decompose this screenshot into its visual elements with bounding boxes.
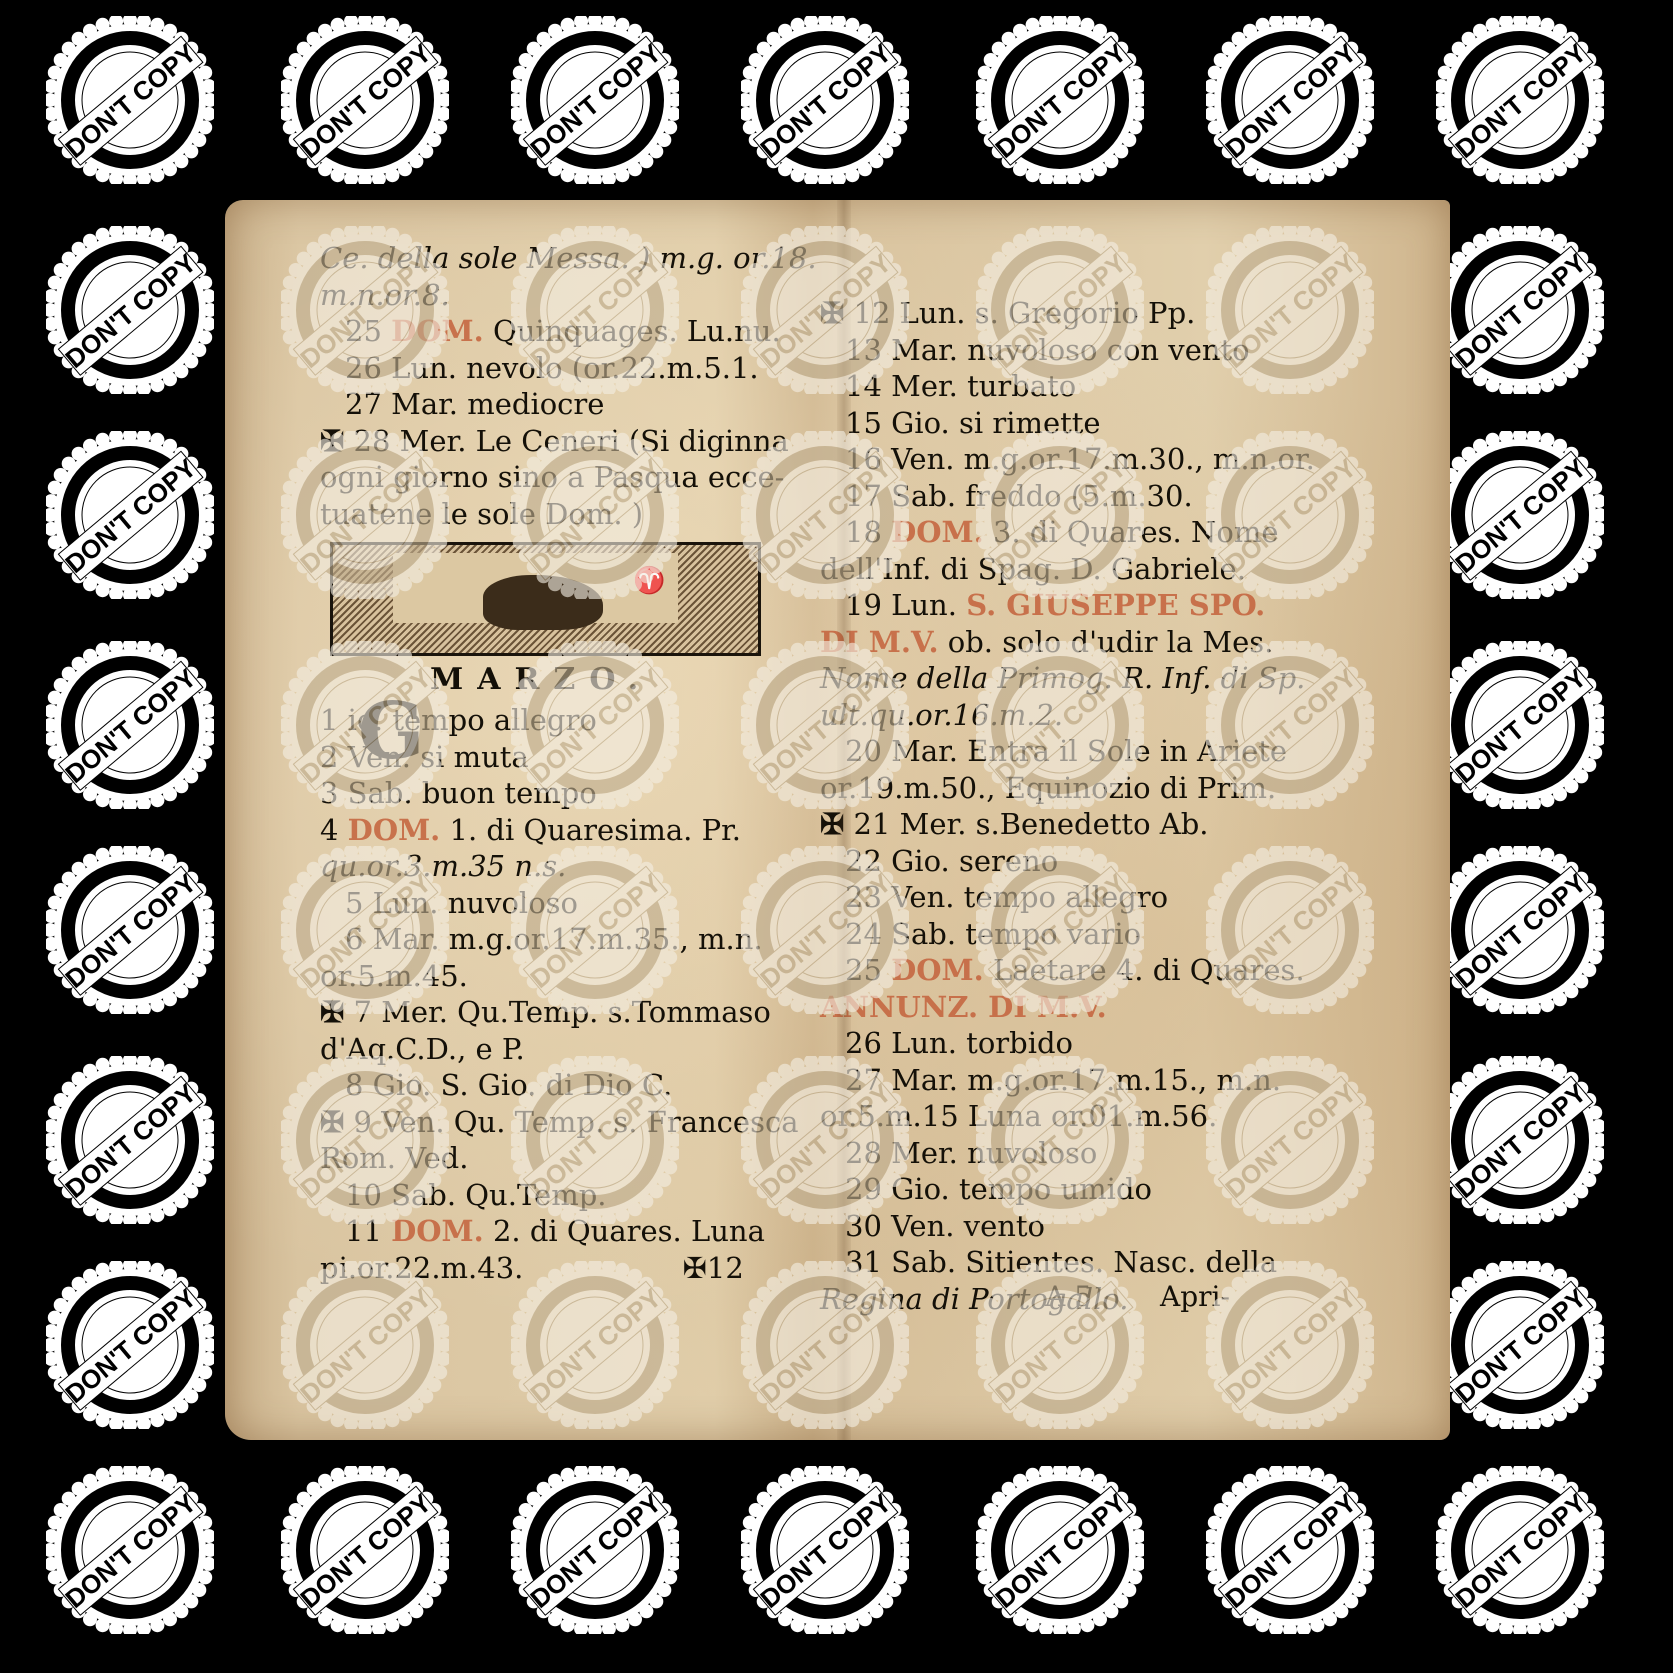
day-number: 23 (845, 880, 882, 914)
dont-copy-stamp-icon: DON'T COPY (46, 16, 214, 184)
entry-text: m.n.or.8. (320, 278, 450, 312)
calendar-line: or.19.m.50., Equinozio di Prim. (820, 770, 1350, 807)
dont-copy-stamp-icon: DON'T COPY (976, 1466, 1144, 1634)
maltese-cross-icon: ✠ (320, 995, 344, 1029)
calendar-line: 24 Sab. tempo vario (820, 916, 1350, 953)
entry-text: Gio. sereno (891, 844, 1058, 878)
calendar-line: ✠ 28 Mer. Le Ceneri (Si diginna (320, 423, 800, 460)
calendar-line: m.n.or.8. (320, 277, 800, 314)
day-number: 20 (845, 734, 882, 768)
maltese-cross-icon: ✠ (320, 1105, 344, 1139)
watermark-stamp: DON'T COPY (1436, 16, 1604, 184)
almanac-spread: Ce. della sole Messa. ) m.g. or.18. m.n.… (225, 200, 1450, 1440)
calendar-line: Nome della Primog. R. Inf. di Sp. (820, 660, 1350, 697)
entry-text: Mar. Entra il Sole in Ariete (891, 734, 1287, 768)
watermark-stamp: DON'T COPY (976, 1466, 1144, 1634)
watermark-stamp: DON'T COPY (1436, 431, 1604, 599)
day-number: 25 (845, 953, 882, 987)
maltese-cross-icon: ✠ (820, 807, 844, 841)
day-number: 2 (320, 740, 338, 774)
entry-text: dell'Inf. di Spag. D. Gabriele. (820, 552, 1246, 586)
dont-copy-stamp-icon: DON'T COPY (46, 1056, 214, 1224)
dont-copy-stamp-icon: DON'T COPY (511, 16, 679, 184)
day-number: 8 (345, 1068, 363, 1102)
watermark-stamp: DON'T COPY (1206, 16, 1374, 184)
dont-copy-stamp-icon: DON'T COPY (46, 431, 214, 599)
entry-text: or.5.m.45. (320, 959, 468, 993)
maltese-cross-icon: ✠ (820, 296, 844, 330)
day-number: 17 (845, 479, 882, 513)
day-number: 22 (845, 844, 882, 878)
calendar-line: tuatene le sole Dom. ) (320, 496, 800, 533)
dont-copy-stamp-icon: DON'T COPY (741, 1466, 909, 1634)
watermark-stamp: DON'T COPY (976, 16, 1144, 184)
day-number: 31 (845, 1245, 882, 1279)
day-number: 11 (345, 1214, 382, 1248)
drop-cap-initial: G (358, 702, 425, 762)
entry-text: Ven. m.g.or.17.m.30., m.n.or. (891, 442, 1315, 476)
dont-copy-stamp-icon: DON'T COPY (1436, 226, 1604, 394)
watermark-stamp: DON'T COPY (1436, 1261, 1604, 1429)
entry-text: Gio. S. Gio. di Dio C. (373, 1068, 673, 1102)
day-number: 6 (345, 922, 363, 956)
day-number: 9 (354, 1105, 372, 1139)
entry-text: Sab. tempo vario (891, 917, 1141, 951)
watermark-stamp: DON'T COPY (511, 1466, 679, 1634)
day-number: 12 (854, 296, 891, 330)
maltese-cross-icon: ✠ (320, 424, 344, 458)
entry-text: Sab. buon tempo (348, 776, 597, 810)
rubric-text: DI M.V. (820, 625, 939, 659)
entry-text: Mar. m.g.or.17.m.15., m.n. (891, 1063, 1281, 1097)
day-number: 27 (345, 387, 382, 421)
signature-mark: A 5 (1045, 1280, 1092, 1313)
entry-text: Lun. nevolo (or.22.m.5.1. (391, 351, 759, 385)
calendar-line: ✠ 7 Mer. Qu.Temp. s.Tommaso (320, 994, 800, 1031)
entry-text: Mer. Le Ceneri (Si diginna (400, 424, 789, 458)
watermark-stamp: DON'T COPY (46, 16, 214, 184)
entry-text: Lun. torbido (891, 1026, 1073, 1060)
watermark-stamp: DON'T COPY (1436, 641, 1604, 809)
entry-text: Sab. Sitientes. Nasc. della (891, 1245, 1277, 1279)
calendar-line: qu.or.3.m.35 n.s. (320, 848, 800, 885)
entry-text: Sab. freddo (5.m.30. (891, 479, 1193, 513)
calendar-line: 25 DOM. Quinquages. Lu.nu. (320, 313, 800, 350)
entry-text: Rom. Ved. (320, 1141, 468, 1175)
calendar-line: 22 Gio. sereno (820, 843, 1350, 880)
day-number: 26 (345, 351, 382, 385)
calendar-line: 6 Mar. m.g.or.17.m.35., m.n. (320, 921, 800, 958)
dont-copy-stamp-icon: DON'T COPY (46, 226, 214, 394)
day-number: 18 (845, 515, 882, 549)
dont-copy-stamp-icon: DON'T COPY (1436, 641, 1604, 809)
watermark-stamp: DON'T COPY (46, 1056, 214, 1224)
day-number: 30 (845, 1209, 882, 1243)
day-number: 10 (345, 1178, 382, 1212)
calendar-line: 26 Lun. torbido (820, 1025, 1350, 1062)
dont-copy-stamp-icon: DON'T COPY (46, 641, 214, 809)
entry-text: Nome della Primog. R. Inf. di Sp. (820, 661, 1305, 695)
day-number: 27 (845, 1063, 882, 1097)
day-number: 1 (320, 703, 338, 737)
day-number: 19 (845, 588, 882, 622)
rubric-text: DOM. (348, 813, 441, 847)
watermark-stamp: DON'T COPY (741, 1466, 909, 1634)
day-number: 4 (320, 813, 338, 847)
entry-text: Ven. tempo allegro (891, 880, 1168, 914)
entry-text: Lun. s. Gregorio Pp. (900, 296, 1196, 330)
calendar-line: or.5.m.15 Luna or.01.m.56. (820, 1098, 1350, 1135)
calendar-line: ult.qu.or.16.m.2. (820, 697, 1350, 734)
calendar-line: 27 Mar. mediocre (320, 386, 800, 423)
calendar-line: 13 Mar. nuvoloso con vento (820, 332, 1350, 369)
calendar-line: 27 Mar. m.g.or.17.m.15., m.n. (820, 1062, 1350, 1099)
entry-text: ob. solo d'udir la Mes. (948, 625, 1274, 659)
rubric-text: DOM. (891, 515, 984, 549)
dont-copy-stamp-icon: DON'T COPY (511, 1466, 679, 1634)
dont-copy-stamp-icon: DON'T COPY (46, 1261, 214, 1429)
dont-copy-stamp-icon: DON'T COPY (976, 16, 1144, 184)
dont-copy-stamp-icon: DON'T COPY (1436, 16, 1604, 184)
day-number: 29 (845, 1172, 882, 1206)
entry-text: qu.or.3.m.35 n.s. (320, 849, 566, 883)
dont-copy-stamp-icon: DON'T COPY (1206, 1466, 1374, 1634)
calendar-line: or.5.m.45. (320, 958, 800, 995)
entry-text: Mar. nuvoloso con vento (891, 333, 1250, 367)
calendar-line: 18 DOM. 3. di Quares. Nome (820, 514, 1350, 551)
day-number: 5 (345, 886, 363, 920)
dont-copy-stamp-icon: DON'T COPY (1206, 16, 1374, 184)
calendar-line: 29 Gio. tempo umido (820, 1171, 1350, 1208)
dont-copy-stamp-icon: DON'T COPY (1436, 846, 1604, 1014)
calendar-line: Rom. Ved. (320, 1140, 800, 1177)
calendar-line: 20 Mar. Entra il Sole in Ariete (820, 733, 1350, 770)
entry-text: or.19.m.50., Equinozio di Prim. (820, 771, 1276, 805)
entry-text: Lun. nuvoloso (373, 886, 578, 920)
calendar-line: ✠ 9 Ven. Qu. Temp. s. Francesca (320, 1104, 800, 1141)
day-number: 14 (845, 369, 882, 403)
rubric-text: S. GIUSEPPE SPO. (966, 588, 1265, 622)
day-number: 15 (845, 406, 882, 440)
calendar-line: ANNUNZ. DI M.V. (820, 989, 1350, 1026)
rubric-text: DOM. (391, 1214, 484, 1248)
calendar-line: 14 Mer. turbato (820, 368, 1350, 405)
calendar-line: 16 Ven. m.g.or.17.m.30., m.n.or. (820, 441, 1350, 478)
entry-text: Mar. mediocre (391, 387, 604, 421)
entry-text: Lun. (891, 588, 957, 622)
day-number: 28 (845, 1136, 882, 1170)
calendar-line: 25 DOM. Laetare 4. di Quares. (820, 952, 1350, 989)
watermark-stamp: DON'T COPY (1436, 226, 1604, 394)
watermark-stamp: DON'T COPY (46, 1466, 214, 1634)
calendar-line: 28 Mer. nuvoloso (820, 1135, 1350, 1172)
catchword: Apri- (1160, 1280, 1230, 1313)
calendar-line: 15 Gio. si rimette (820, 405, 1350, 442)
entry-text: pi.or.22.m.43. (320, 1251, 523, 1285)
watermark-stamp: DON'T COPY (511, 16, 679, 184)
entry-text: d'Aq.C.D., e P. (320, 1032, 525, 1066)
watermark-stamp: DON'T COPY (1436, 846, 1604, 1014)
calendar-line: 31 Sab. Sitientes. Nasc. della (820, 1244, 1350, 1281)
calendar-line: dell'Inf. di Spag. D. Gabriele. (820, 551, 1350, 588)
entry-text: 2. di Quares. Luna (493, 1214, 765, 1248)
aries-woodcut-illustration: ♈ (330, 542, 761, 656)
day-number: 16 (845, 442, 882, 476)
calendar-line: 30 Ven. vento (820, 1208, 1350, 1245)
entry-text: Mer. s.Benedetto Ab. (900, 807, 1209, 841)
entry-text: Mer. Qu.Temp. s.Tommaso (381, 995, 771, 1029)
calendar-line: Ce. della sole Messa. ) m.g. or.18. (320, 240, 800, 277)
entry-text: Quinquages. Lu.nu. (493, 314, 781, 348)
dont-copy-stamp-icon: DON'T COPY (741, 16, 909, 184)
watermark-stamp: DON'T COPY (46, 226, 214, 394)
entry-text: ult.qu.or.16.m.2. (820, 698, 1063, 732)
left-page: Ce. della sole Messa. ) m.g. or.18. m.n.… (320, 240, 800, 1286)
calendar-line: 11 DOM. 2. di Quares. Luna (320, 1213, 800, 1250)
month-entries: G1 io. tempo allegro 2 Ven. si muta 3 Sa… (320, 702, 800, 1286)
entry-text: 3. di Quares. Nome (993, 515, 1279, 549)
dont-copy-stamp-icon: DON'T COPY (46, 846, 214, 1014)
watermark-stamp: DON'T COPY (1436, 1056, 1604, 1224)
dont-copy-stamp-icon: DON'T COPY (281, 16, 449, 184)
entry-text: tuatene le sole Dom. ) (320, 497, 643, 531)
day-number: 28 (354, 424, 391, 458)
entry-text: ogni giorno sino a Pasqua ecce- (320, 460, 784, 494)
calendar-line: ogni giorno sino a Pasqua ecce- (320, 459, 800, 496)
entry-text: Ven. vento (891, 1209, 1045, 1243)
catchword: ✠12 (683, 1251, 744, 1285)
watermark-stamp: DON'T COPY (46, 431, 214, 599)
calendar-line: 3 Sab. buon tempo (320, 775, 800, 812)
day-number: 7 (354, 995, 372, 1029)
watermark-stamp: DON'T COPY (46, 1261, 214, 1429)
day-number: 13 (845, 333, 882, 367)
watermark-stamp: DON'T COPY (281, 16, 449, 184)
entry-text: Laetare 4. di Quares. (993, 953, 1305, 987)
entry-text: Gio. tempo umido (891, 1172, 1152, 1206)
rubric-text: DOM. (391, 314, 484, 348)
day-number: 3 (320, 776, 338, 810)
calendar-line: 4 DOM. 1. di Quaresima. Pr. (320, 812, 800, 849)
watermark-stamp: DON'T COPY (46, 641, 214, 809)
entry-text: or.5.m.15 Luna or.01.m.56. (820, 1099, 1217, 1133)
calendar-line: 19 Lun. S. GIUSEPPE SPO. (820, 587, 1350, 624)
entry-text: Mar. m.g.or.17.m.35., m.n. (373, 922, 763, 956)
day-number: 21 (854, 807, 891, 841)
calendar-line: DI M.V. ob. solo d'udir la Mes. (820, 624, 1350, 661)
dont-copy-stamp-icon: DON'T COPY (1436, 1261, 1604, 1429)
dont-copy-stamp-icon: DON'T COPY (1436, 1466, 1604, 1634)
entry-text: Ce. della sole Messa. ) m.g. or.18. (320, 241, 817, 275)
watermark-stamp: DON'T COPY (1436, 1466, 1604, 1634)
calendar-line: 8 Gio. S. Gio. di Dio C. (320, 1067, 800, 1104)
calendar-line: 17 Sab. freddo (5.m.30. (820, 478, 1350, 515)
calendar-line: 23 Ven. tempo allegro (820, 879, 1350, 916)
dont-copy-stamp-icon: DON'T COPY (281, 1466, 449, 1634)
watermark-stamp: DON'T COPY (281, 1466, 449, 1634)
watermark-stamp: DON'T COPY (46, 846, 214, 1014)
calendar-line: 5 Lun. nuvoloso (320, 885, 800, 922)
calendar-line: ✠ 21 Mer. s.Benedetto Ab. (820, 806, 1350, 843)
watermark-stamp: DON'T COPY (1206, 1466, 1374, 1634)
day-number: 25 (345, 314, 382, 348)
rubric-text: DOM. (891, 953, 984, 987)
calendar-line: 26 Lun. nevolo (or.22.m.5.1. (320, 350, 800, 387)
rubric-text: ANNUNZ. DI M.V. (820, 990, 1107, 1024)
entry-text: Mer. nuvoloso (891, 1136, 1097, 1170)
entry-text: 1. di Quaresima. Pr. (450, 813, 742, 847)
day-number: 26 (845, 1026, 882, 1060)
dont-copy-stamp-icon: DON'T COPY (1436, 1056, 1604, 1224)
entry-text: Mer. turbato (891, 369, 1076, 403)
day-number: 24 (845, 917, 882, 951)
watermark-stamp: DON'T COPY (741, 16, 909, 184)
dont-copy-stamp-icon: DON'T COPY (1436, 431, 1604, 599)
calendar-line: ✠ 12 Lun. s. Gregorio Pp. (820, 295, 1350, 332)
entry-text: Ven. Qu. Temp. s. Francesca (381, 1105, 798, 1139)
calendar-line: d'Aq.C.D., e P. (320, 1031, 800, 1068)
entry-text: Gio. si rimette (891, 406, 1100, 440)
calendar-line: pi.or.22.m.43. ✠12 (320, 1250, 800, 1287)
calendar-line: 10 Sab. Qu.Temp. (320, 1177, 800, 1214)
right-page: ✠ 12 Lun. s. Gregorio Pp. 13 Mar. nuvolo… (820, 295, 1350, 1317)
aries-sign-icon: ♈ (633, 563, 665, 600)
entry-text: Sab. Qu.Temp. (391, 1178, 606, 1212)
dont-copy-stamp-icon: DON'T COPY (46, 1466, 214, 1634)
